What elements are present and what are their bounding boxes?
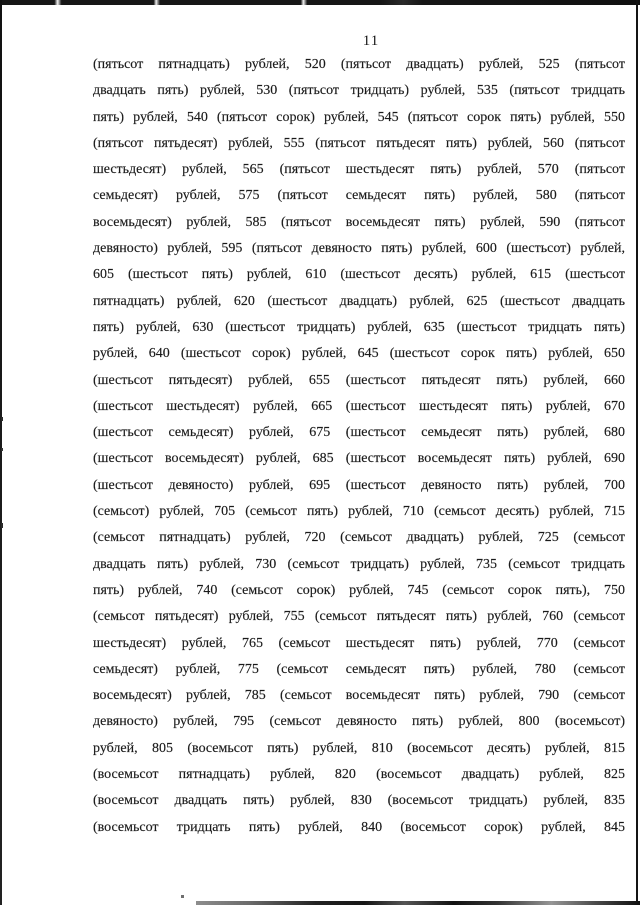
- scan-speck: [1, 523, 3, 528]
- text-line: семьдесят) рублей, 575 (пятьсот семьдеся…: [93, 183, 625, 209]
- text-line: двадцать пять) рублей, 530 (пятьсот трид…: [93, 78, 625, 104]
- text-line: (шестьсот шестьдесят) рублей, 665 (шесть…: [93, 394, 625, 420]
- scan-speck: [181, 895, 184, 898]
- text-line: шестьдесят) рублей, 565 (пятьсот шестьде…: [93, 157, 625, 183]
- text-line: двадцать пять) рублей, 730 (семьсот трид…: [93, 552, 625, 578]
- scan-speck: [1, 417, 3, 421]
- text-line: (восемьсот двадцать пять) рублей, 830 (в…: [93, 788, 625, 814]
- text-line: (семьсот пятнадцать) рублей, 720 (семьсо…: [93, 525, 625, 551]
- text-line: (шестьсот семьдесят) рублей, 675 (шестьс…: [93, 420, 625, 446]
- text-line: пять) рублей, 630 (шестьсот тридцать) ру…: [93, 315, 625, 341]
- scan-edge-right: [636, 0, 638, 905]
- text-line: восемьдесят) рублей, 585 (пятьсот восемь…: [93, 210, 625, 236]
- text-line: рублей, 805 (восемьсот пять) рублей, 810…: [93, 736, 625, 762]
- text-line: (восемьсот пятнадцать) рублей, 820 (восе…: [93, 762, 625, 788]
- scan-speck: [1, 448, 3, 451]
- text-line: рублей, 640 (шестьсот сорок) рублей, 645…: [93, 341, 625, 367]
- text-line: (шестьсот восемьдесят) рублей, 685 (шест…: [93, 446, 625, 472]
- text-line: (пятьсот пятьдесят) рублей, 555 (пятьсот…: [93, 131, 625, 157]
- page-number: 11: [105, 33, 637, 50]
- document-body: (пятьсот пятнадцать) рублей, 520 (пятьсо…: [93, 52, 625, 841]
- text-line: семьдесят) рублей, 775 (семьсот семьдеся…: [93, 657, 625, 683]
- text-line: (семьсот пятьдесят) рублей, 755 (семьсот…: [93, 604, 625, 630]
- text-line: (семьсот) рублей, 705 (семьсот пять) руб…: [93, 499, 625, 525]
- text-line: (пятьсот пятнадцать) рублей, 520 (пятьсо…: [93, 52, 625, 78]
- text-line: 605 (шестьсот пять) рублей, 610 (шестьсо…: [93, 262, 625, 288]
- text-line: (шестьсот девяносто) рублей, 695 (шестьс…: [93, 473, 625, 499]
- text-line: девяносто) рублей, 795 (семьсот девяност…: [93, 709, 625, 735]
- scan-edge-top: [0, 0, 640, 5]
- text-line: пятнадцать) рублей, 620 (шестьсот двадца…: [93, 289, 625, 315]
- text-line: (шестьсот пятьдесят) рублей, 655 (шестьс…: [93, 368, 625, 394]
- scan-edge-left: [0, 0, 2, 905]
- text-line: шестьдесят) рублей, 765 (семьсот шестьде…: [93, 631, 625, 657]
- text-line: пять) рублей, 540 (пятьсот сорок) рублей…: [93, 105, 625, 131]
- text-line: восемьдесят) рублей, 785 (семьсот восемь…: [93, 683, 625, 709]
- scan-edge-bottom: [196, 901, 640, 905]
- text-line: (восемьсот тридцать пять) рублей, 840 (в…: [93, 815, 625, 841]
- scanned-document-page: 11 (пятьсот пятнадцать) рублей, 520 (пят…: [0, 0, 640, 905]
- text-line: девяносто) рублей, 595 (пятьсот девяност…: [93, 236, 625, 262]
- text-line: пять) рублей, 740 (семьсот сорок) рублей…: [93, 578, 625, 604]
